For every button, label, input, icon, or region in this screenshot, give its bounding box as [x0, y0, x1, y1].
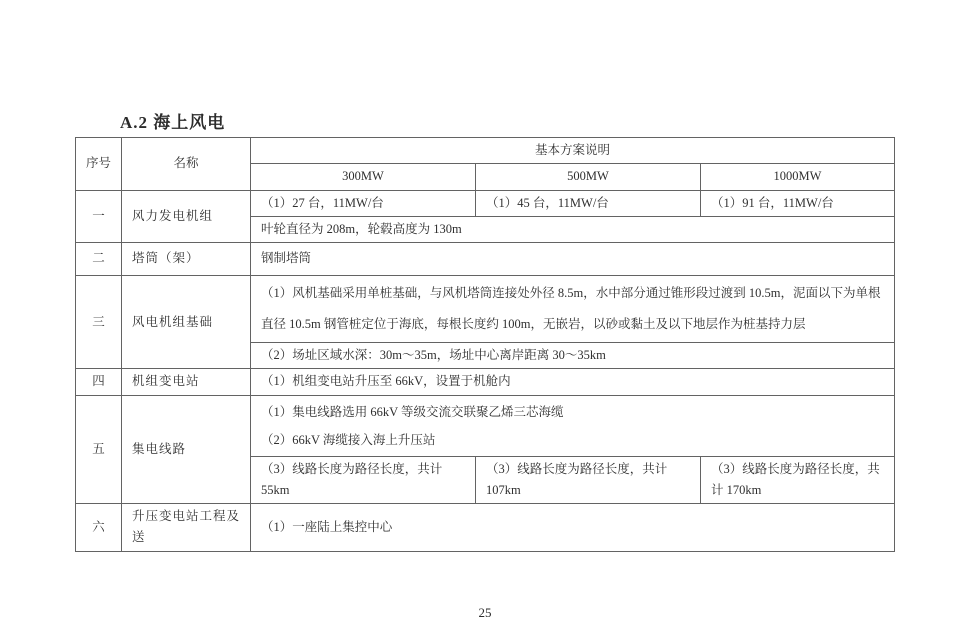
foundation-spec-text: （1）风机基础采用单桩基础，与风机塔筒连接处外径 8.5m，水中部分通过锥形段过…	[261, 278, 884, 340]
cell-1000mw: （1）91 台，11MW/台	[701, 190, 895, 216]
row-no: 六	[76, 504, 122, 552]
row-name: 集电线路	[122, 395, 251, 504]
row-no: 三	[76, 276, 122, 369]
row-name: 风电机组基础	[122, 276, 251, 369]
cell-unit-substation-spec: （1）机组变电站升压至 66kV，设置于机舱内	[251, 369, 895, 395]
header-300mw: 300MW	[251, 164, 476, 190]
cell-rotor-spec: 叶轮直径为 208m，轮毂高度为 130m	[251, 216, 895, 242]
cell-site-conditions: （2）场址区域水深：30m～35m，场址中心离岸距离 30～35km	[251, 343, 895, 369]
cell-control-center-spec: （1）一座陆上集控中心	[251, 504, 895, 552]
header-name: 名称	[122, 138, 251, 191]
row-no: 四	[76, 369, 122, 395]
table-row: 三 风电机组基础 （1）风机基础采用单桩基础，与风机塔筒连接处外径 8.5m，水…	[76, 276, 895, 343]
row-no: 一	[76, 190, 122, 243]
cell-tower-spec: 钢制塔筒	[251, 243, 895, 276]
header-basic-plan-description: 基本方案说明	[251, 138, 895, 164]
cell-300mw: （1）27 台，11MW/台	[251, 190, 476, 216]
table-row: 二 塔筒（架） 钢制塔筒	[76, 243, 895, 276]
cell-500mw: （3）线路长度为路径长度，共计 107km	[476, 456, 701, 504]
table-row: 四 机组变电站 （1）机组变电站升压至 66kV，设置于机舱内	[76, 369, 895, 395]
header-1000mw: 1000MW	[701, 164, 895, 190]
page-number: 25	[0, 605, 970, 621]
cell-500mw: （1）45 台，11MW/台	[476, 190, 701, 216]
row-name: 机组变电站	[122, 369, 251, 395]
header-500mw: 500MW	[476, 164, 701, 190]
collector-line-item-1: （1）集电线路选用 66kV 等级交流交联聚乙烯三芯海缆	[261, 398, 884, 426]
row-no: 二	[76, 243, 122, 276]
row-name: 塔筒（架）	[122, 243, 251, 276]
cell-1000mw: （3）线路长度为路径长度，共计 170km	[701, 456, 895, 504]
row-name: 风力发电机组	[122, 190, 251, 243]
table-row: 五 集电线路 （1）集电线路选用 66kV 等级交流交联聚乙烯三芯海缆 （2）6…	[76, 395, 895, 456]
table-row: 六 升压变电站工程及送 （1）一座陆上集控中心	[76, 504, 895, 552]
row-no: 五	[76, 395, 122, 504]
cell-collector-line-spec: （1）集电线路选用 66kV 等级交流交联聚乙烯三芯海缆 （2）66kV 海缆接…	[251, 395, 895, 456]
cell-foundation-spec: （1）风机基础采用单桩基础，与风机塔筒连接处外径 8.5m，水中部分通过锥形段过…	[251, 276, 895, 343]
offshore-wind-spec-table: 序号 名称 基本方案说明 300MW 500MW 1000MW 一 风力发电机组…	[75, 137, 895, 552]
table-row: 一 风力发电机组 （1）27 台，11MW/台 （1）45 台，11MW/台 （…	[76, 190, 895, 216]
row-name: 升压变电站工程及送	[122, 504, 251, 552]
document-page: A.2 海上风电 序号 名称 基本方案说明 300MW 500MW 1000MW…	[0, 0, 970, 628]
section-title: A.2 海上风电	[120, 108, 225, 133]
collector-line-item-2: （2）66kV 海缆接入海上升压站	[261, 426, 884, 454]
header-serial-number: 序号	[76, 138, 122, 191]
cell-300mw: （3）线路长度为路径长度，共计 55km	[251, 456, 476, 504]
